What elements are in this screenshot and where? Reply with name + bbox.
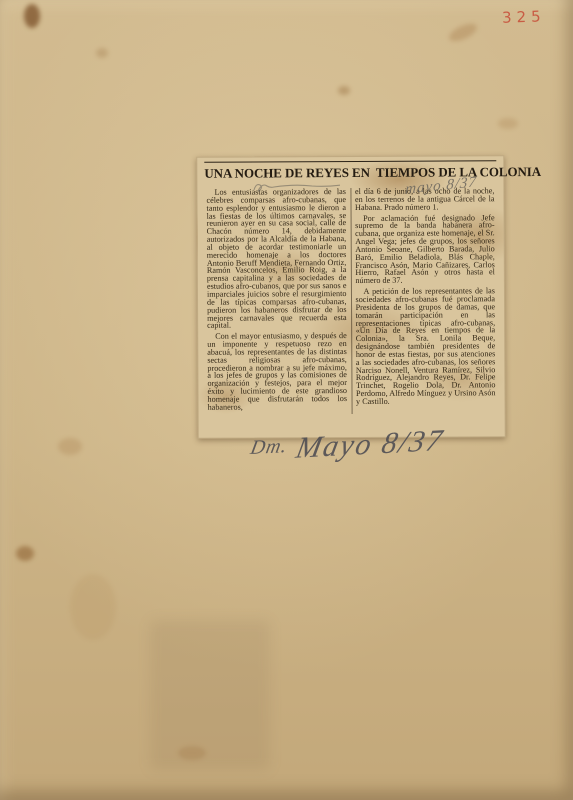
- album-page: 325 UNA NOCHE DE REYES EN TIEMPOS DE LA …: [0, 0, 573, 800]
- paragraph: Con el mayor entusiasmo, y después de un…: [207, 332, 347, 411]
- paragraph: Los entusiastas organizadores de las cél…: [206, 188, 346, 330]
- paragraph: Por aclamación fué designado Jefe suprem…: [355, 214, 495, 285]
- fox-stain: [70, 574, 116, 640]
- newspaper-clipping: UNA NOCHE DE REYES EN TIEMPOS DE LA COLO…: [196, 155, 505, 439]
- page-number: 325: [502, 7, 546, 27]
- fox-stain: [498, 118, 518, 129]
- handwritten-flourish-mark: [250, 180, 340, 196]
- paper-showthrough: [150, 620, 270, 770]
- fox-stain: [178, 746, 206, 760]
- paragraph: el día 6 de junio, a las ocho de la noch…: [355, 187, 495, 211]
- fox-stain: [447, 20, 480, 44]
- fox-stain: [24, 4, 40, 28]
- clipping-headline: UNA NOCHE DE REYES EN TIEMPOS DE LA COLO…: [204, 160, 496, 182]
- fox-stain: [96, 48, 108, 58]
- paragraph: A petición de los representantes de las …: [355, 287, 495, 405]
- fox-stain: [338, 86, 350, 95]
- clipping-body: Los entusiastas organizadores de las cél…: [202, 187, 499, 414]
- clipping-column-left: Los entusiastas organizadores de las cél…: [202, 188, 351, 414]
- handwritten-source-abbrev: Dm.: [249, 435, 290, 459]
- fox-stain: [58, 438, 82, 455]
- fox-stain: [16, 546, 34, 561]
- clipping-column-right: el día 6 de junio, a las ocho de la noch…: [350, 187, 500, 413]
